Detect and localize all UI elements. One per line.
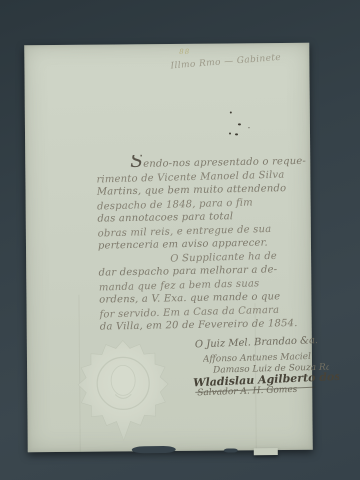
closing-line: O Juiz Mel. Brandao &a. [195,335,317,350]
manuscript-body: Sendo-nos apresentado o reque- rimento d… [96,151,316,334]
ink-speck [235,133,238,135]
manuscript-line: da Villa, em 20 de Fevereiro de 1854. [100,317,316,334]
embossed-seal-icon [75,336,172,445]
torn-edge-tab [254,448,278,455]
paper-sheet: 88 Illmo Rmo — Gabinete Sendo-nos aprese… [24,43,313,452]
torn-edge-notch [132,446,176,453]
ink-speck [229,132,231,134]
docket-annotation: Illmo Rmo — Gabinete [170,49,328,71]
ink-speck [238,123,241,125]
ink-speck [248,127,250,128]
ink-speck [230,111,232,113]
torn-edge-nick [224,448,238,452]
page-number: 88 [179,48,190,56]
photo-of-manuscript: 88 Illmo Rmo — Gabinete Sendo-nos aprese… [0,0,360,480]
